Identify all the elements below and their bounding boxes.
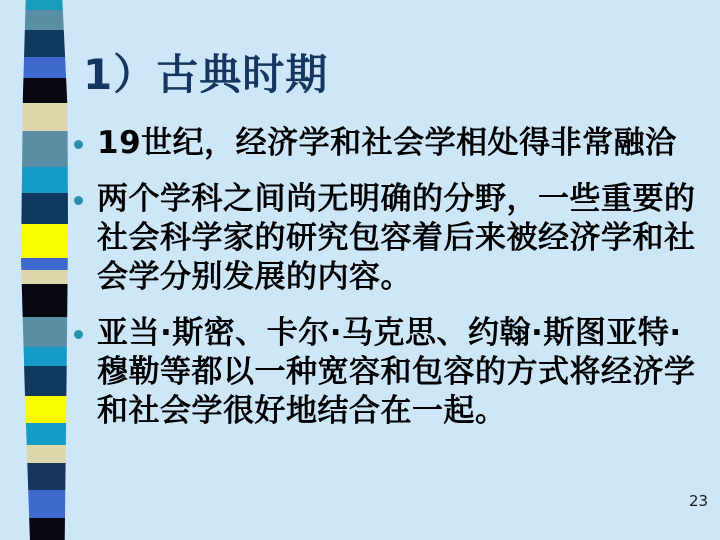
list-item: 亚当·斯密、卡尔·马克思、约翰·斯图亚特·穆勒等都以一种宽容和包容的方式将经济学… <box>70 314 698 431</box>
ribbon-segment <box>21 57 68 78</box>
ribbon-segment <box>21 10 68 30</box>
ribbon-segment <box>21 317 68 347</box>
ribbon-segment <box>21 423 68 445</box>
ribbon-segment <box>21 131 68 167</box>
decorative-ribbon <box>21 0 68 540</box>
list-item: 19世纪，经济学和社会学相处得非常融洽 <box>70 124 698 163</box>
ribbon-segment <box>21 224 68 258</box>
bullet-dot-icon <box>74 140 83 149</box>
page-title: 1）古典时期 <box>83 42 328 102</box>
ribbon-segment <box>21 518 68 540</box>
ribbon-segment <box>21 445 68 463</box>
bullet-text: 亚当·斯密、卡尔·马克思、约翰·斯图亚特·穆勒等都以一种宽容和包容的方式将经济学… <box>97 314 698 431</box>
bullet-text: 两个学科之间尚无明确的分野，一些重要的社会科学家的研究包容着后来被经济学和社会学… <box>97 180 698 297</box>
ribbon-segment <box>21 490 68 518</box>
ribbon-segment <box>21 167 68 193</box>
slide: 1）古典时期 19世纪，经济学和社会学相处得非常融洽 两个学科之间尚无明确的分野… <box>0 0 720 540</box>
bullet-text: 19世纪，经济学和社会学相处得非常融洽 <box>97 124 677 163</box>
ribbon-segment <box>21 463 68 490</box>
ribbon-segment <box>21 103 68 131</box>
ribbon-segment <box>21 78 68 103</box>
list-item: 两个学科之间尚无明确的分野，一些重要的社会科学家的研究包容着后来被经济学和社会学… <box>70 180 698 297</box>
bullet-list: 19世纪，经济学和社会学相处得非常融洽 两个学科之间尚无明确的分野，一些重要的社… <box>70 124 698 448</box>
ribbon-segment <box>21 347 68 366</box>
ribbon-segment <box>21 396 68 423</box>
ribbon-segment <box>21 284 68 317</box>
ribbon-segment <box>21 30 68 57</box>
ribbon-segment <box>21 0 68 10</box>
bullet-dot-icon <box>74 330 83 339</box>
ribbon-segment <box>21 193 68 224</box>
ribbon-segment <box>21 258 68 270</box>
ribbon-segment <box>21 366 68 396</box>
bullet-dot-icon <box>74 196 83 205</box>
ribbon-segment <box>21 270 68 284</box>
page-number: 23 <box>689 492 708 510</box>
